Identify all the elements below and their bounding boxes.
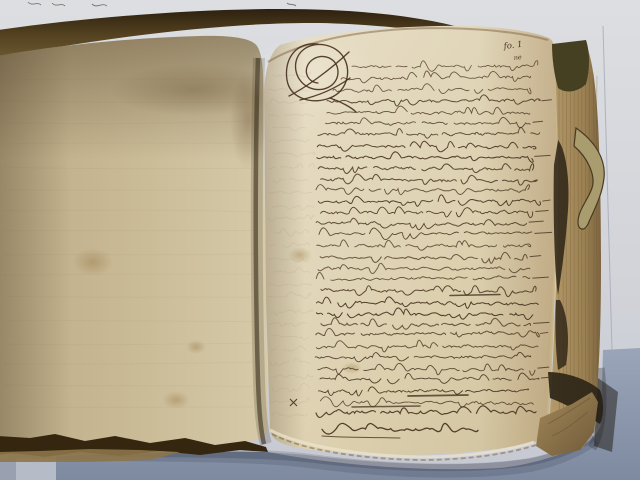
leather-remnant-top — [552, 40, 589, 91]
folio-note: ne — [513, 53, 522, 62]
manuscript-photo: fo. 1 ne — [0, 0, 640, 480]
left-page — [0, 36, 280, 448]
page-stain — [162, 391, 190, 409]
page-stain — [73, 248, 113, 276]
page-stain — [186, 340, 206, 354]
book — [0, 9, 618, 462]
